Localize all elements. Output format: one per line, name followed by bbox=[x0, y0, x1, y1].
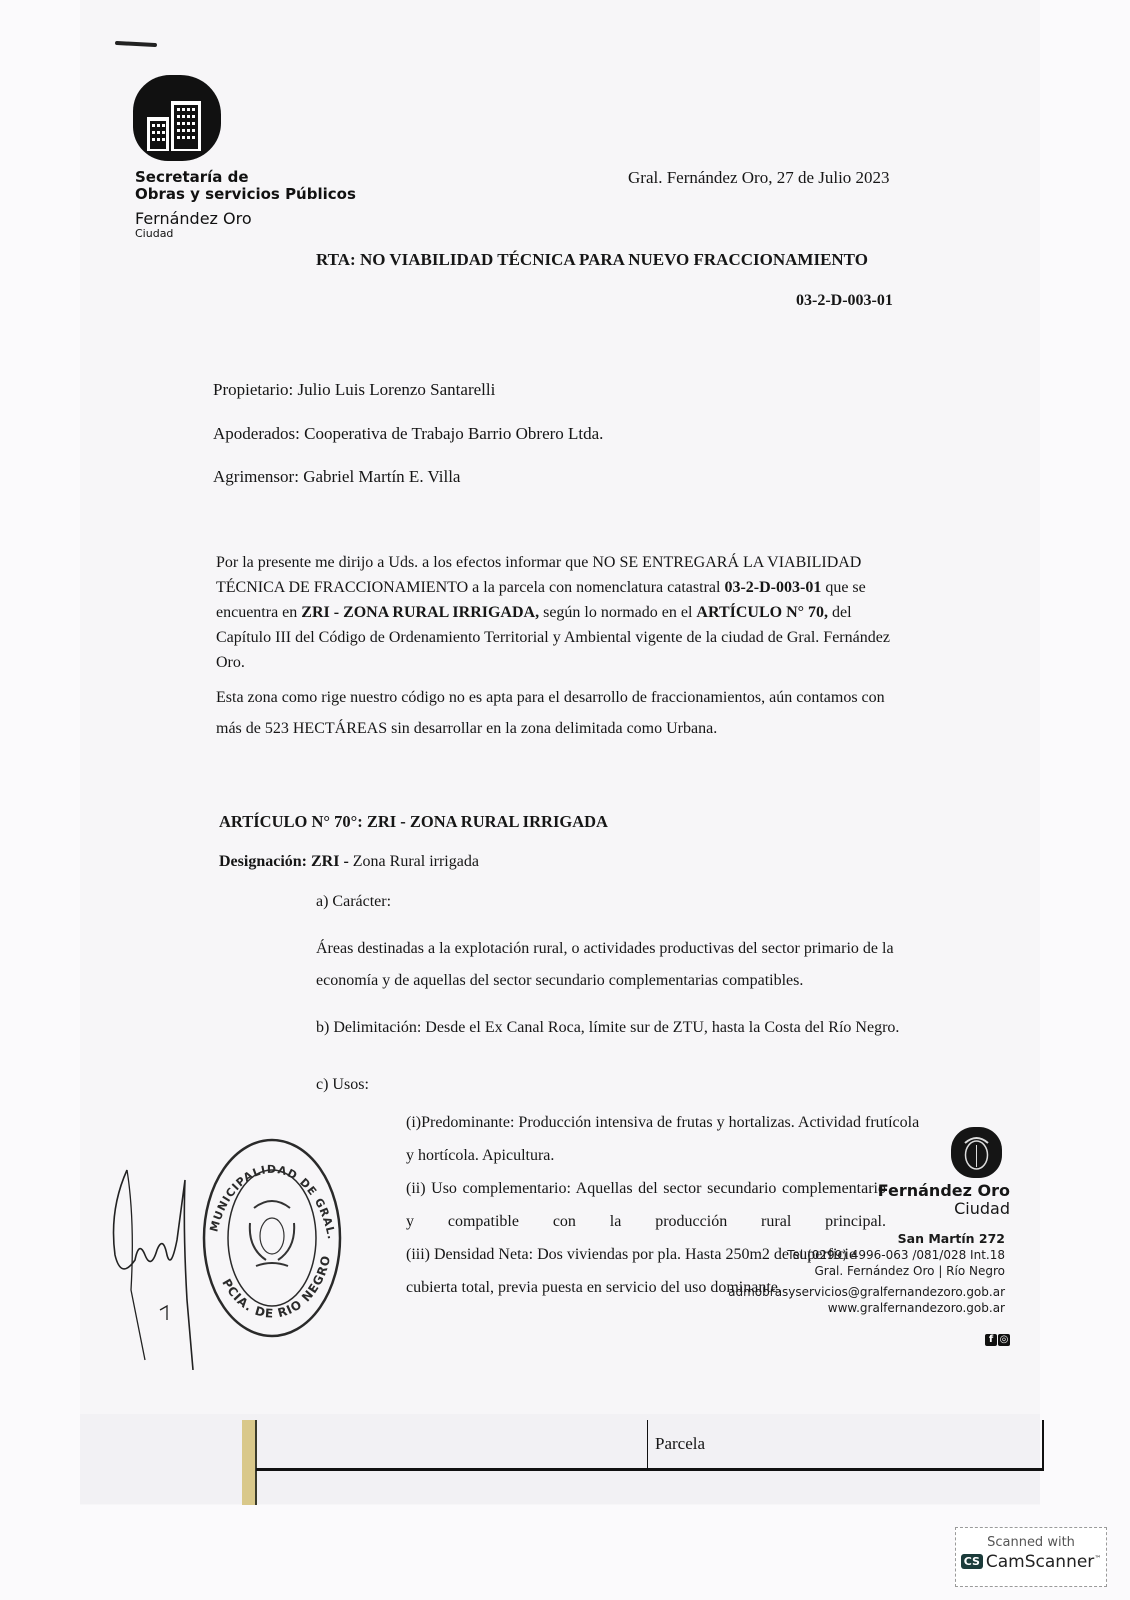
body-paragraph-2: Esta zona como rige nuestro código no es… bbox=[216, 682, 906, 744]
city-name: Fernández Oro bbox=[135, 209, 252, 228]
city-sub: Ciudad bbox=[135, 227, 173, 240]
signature bbox=[105, 1160, 225, 1370]
surveyor-line: Agrimensor: Gabriel Martín E. Villa bbox=[213, 467, 460, 487]
attorneys-line: Apoderados: Cooperativa de Trabajo Barri… bbox=[213, 424, 603, 444]
body-paragraph-1: Por la presente me dirijo a Uds. a los e… bbox=[216, 550, 906, 675]
department-line-2: Obras y servicios Públicos bbox=[135, 186, 356, 203]
facebook-icon: f bbox=[985, 1334, 997, 1346]
parcel-table: Parcela bbox=[256, 1420, 1044, 1471]
website: www.gralfernandezoro.gob.ar bbox=[728, 1300, 1005, 1316]
date-line: Gral. Fernández Oro, 27 de Julio 2023 bbox=[628, 168, 890, 188]
coat-of-arms-icon bbox=[951, 1127, 1002, 1178]
social-icons: f◎ bbox=[984, 1331, 1010, 1346]
department-line-1: Secretaría de bbox=[135, 169, 356, 186]
parcel-cell-label: Parcela bbox=[655, 1434, 705, 1454]
item-b-text: b) Delimitación: Desde el Ex Canal Roca,… bbox=[316, 1012, 945, 1044]
cadastral-code: 03-2-D-003-01 bbox=[796, 292, 893, 310]
use-complementary: (ii) Uso complementario: Aquellas del se… bbox=[406, 1172, 886, 1238]
item-a-text: Áreas destinadas a la explotación rural,… bbox=[316, 933, 916, 997]
binding-edge bbox=[242, 1420, 257, 1505]
buildings-icon bbox=[133, 75, 221, 161]
locality: Gral. Fernández Oro | Río Negro bbox=[728, 1263, 1005, 1279]
municipality-name: Fernández Oro Ciudad bbox=[878, 1182, 1010, 1218]
owner-line: Propietario: Julio Luis Lorenzo Santarel… bbox=[213, 380, 495, 400]
item-c-label: c) Usos: bbox=[316, 1076, 369, 1094]
department-name: Secretaría de Obras y servicios Públicos bbox=[135, 169, 356, 203]
article-title: ARTÍCULO N° 70°: ZRI - ZONA RURAL IRRIGA… bbox=[219, 812, 608, 832]
item-a-label: a) Carácter: bbox=[316, 893, 391, 911]
instagram-icon: ◎ bbox=[998, 1334, 1010, 1346]
camscanner-logo-icon: CS bbox=[961, 1554, 983, 1569]
street-address: San Martín 272 bbox=[728, 1231, 1005, 1247]
municipality-contact: San Martín 272 Tel.(0299) 4996-063 /081/… bbox=[728, 1231, 1005, 1316]
camscanner-watermark: Scanned with CSCamScanner™ bbox=[955, 1527, 1107, 1587]
use-predominant: (i)Predominante: Producción intensiva de… bbox=[406, 1106, 921, 1172]
phone: Tel.(0299) 4996-063 /081/028 Int.18 bbox=[728, 1247, 1005, 1263]
email: admobrasyservicios@gralfernandezoro.gob.… bbox=[728, 1284, 1005, 1300]
designation: Designación: ZRI - Zona Rural irrigada bbox=[219, 853, 479, 871]
subject-heading: RTA: NO VIABILIDAD TÉCNICA PARA NUEVO FR… bbox=[316, 250, 868, 270]
